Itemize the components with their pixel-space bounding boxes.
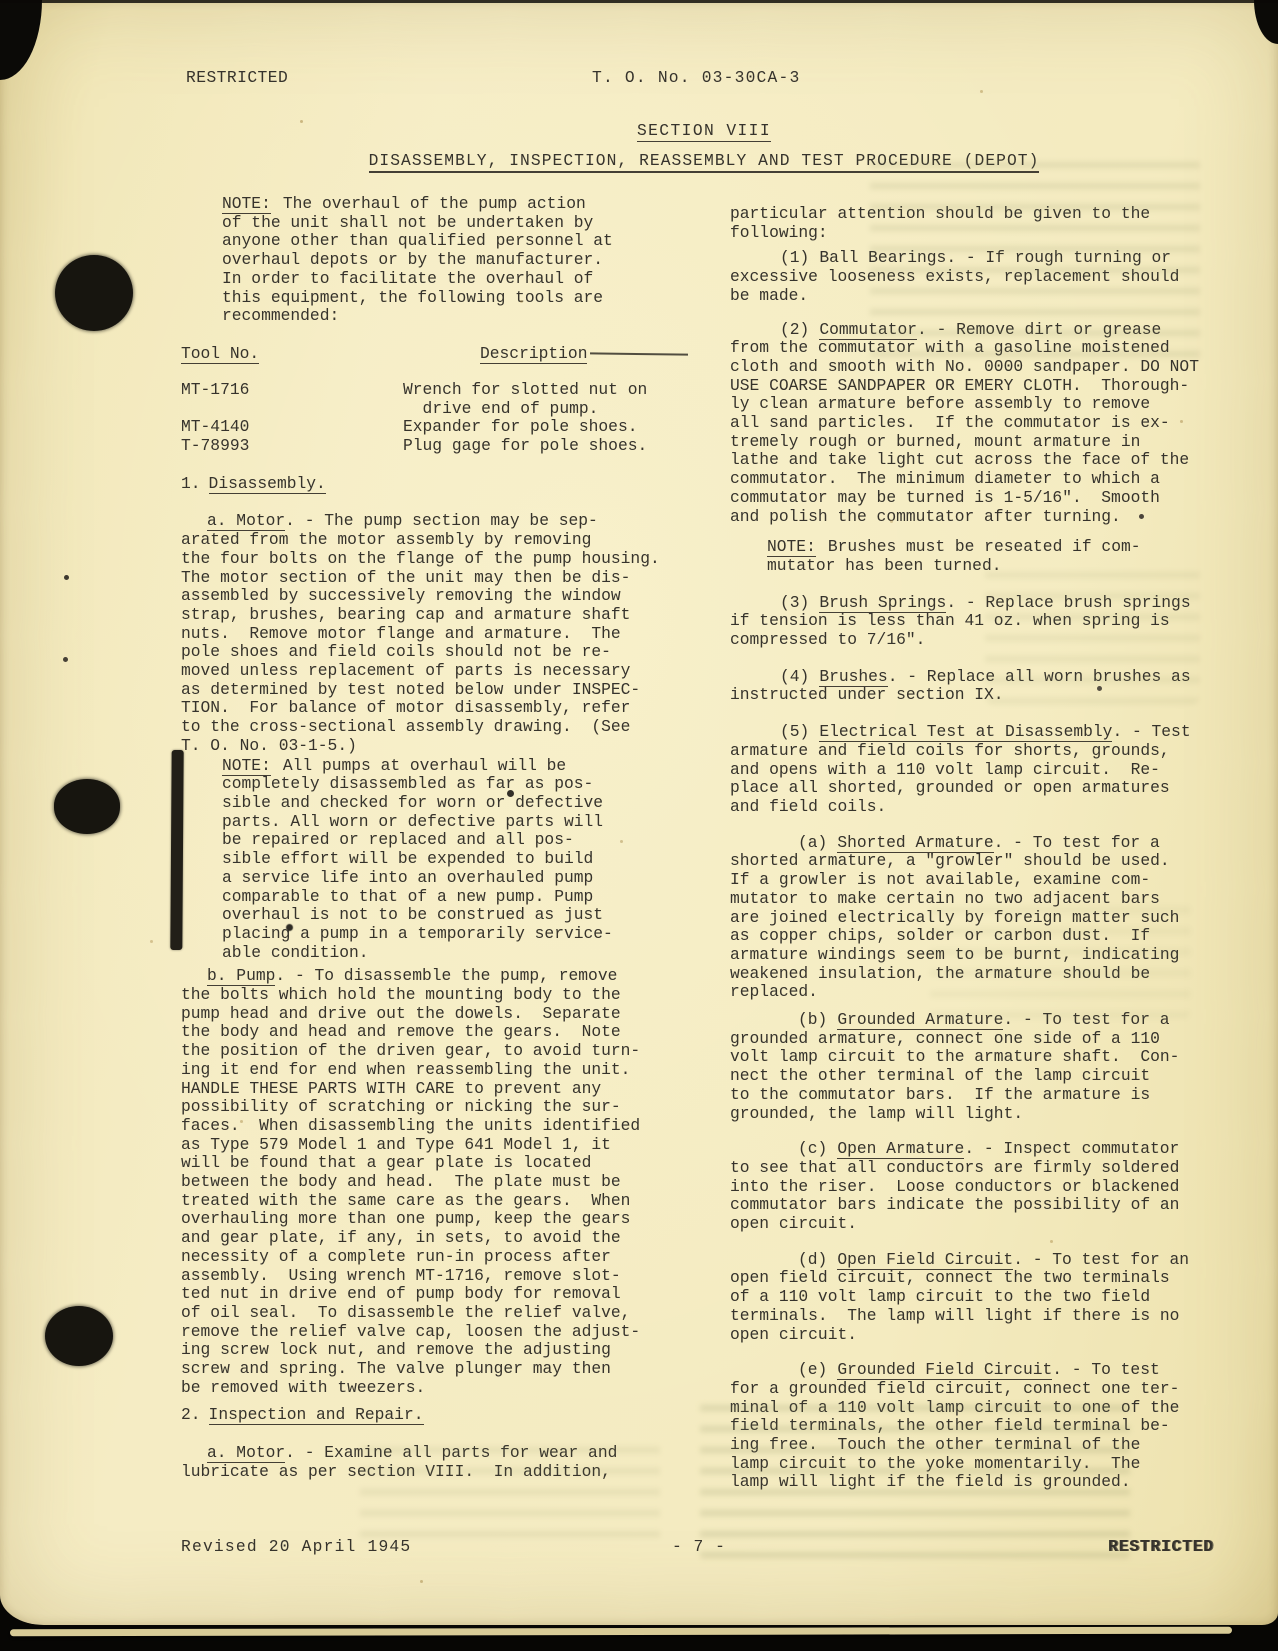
section-title-row: SECTION VIII <box>181 121 1227 140</box>
note-block-overhaul: NOTE:All pumps at overhaul will be compl… <box>222 757 673 963</box>
subitem-open-field-circuit: (d)Open Field Circuit. - To test for an … <box>730 1251 1227 1345</box>
subitem-letter: (b) <box>798 1010 827 1029</box>
scan-corner-shadow <box>1254 0 1278 44</box>
underlying-page-edge <box>10 1627 1232 1637</box>
paragraph-pump-disassembly: b. Pump. - To disassemble the pump, remo… <box>181 967 673 1397</box>
section-title: SECTION VIII <box>637 121 771 142</box>
tool-no-column-header: Tool No. <box>181 344 259 364</box>
table-row: T-78993Plug gage for pole shoes. <box>181 437 673 456</box>
item-number: (1) <box>780 248 809 267</box>
revision-change-bar <box>170 750 183 950</box>
item-number: (3) <box>780 593 809 612</box>
item-title: Brush Springs <box>819 593 946 613</box>
subitem-title: Shorted Armature <box>837 833 993 853</box>
right-column: particular attention should be given to … <box>730 205 1227 1492</box>
tool-description: Expander for pole shoes. <box>403 418 673 437</box>
ink-showthrough-smudge <box>930 900 1190 1020</box>
note-block-intro: NOTE:The overhaul of the pump action of … <box>222 195 673 326</box>
paragraph-label: b. Pump <box>207 966 275 986</box>
item-title: Brushes <box>819 667 887 687</box>
subitem-title: Grounded Field Circuit <box>837 1360 1052 1380</box>
ink-showthrough-smudge <box>985 565 1200 705</box>
tools-header-row: Tool No.Description <box>181 345 673 364</box>
note-text: All pumps at overhaul will be completely… <box>222 756 613 962</box>
subitem-open-armature: (c)Open Armature. - Inspect commutator t… <box>730 1140 1227 1234</box>
hole-punch-mark <box>45 1306 113 1366</box>
tools-table: Tool No.Description MT-1716Wrench for sl… <box>181 345 673 456</box>
header-rule <box>590 352 688 355</box>
heading-inspection-repair: 2.Inspection and Repair. <box>181 1406 673 1425</box>
heading-number: 2. <box>181 1405 201 1424</box>
heading-title: Disassembly. <box>209 474 326 494</box>
paragraph-motor-disassembly: a. Motor. - The pump section may be sep-… <box>181 512 673 755</box>
item-number: (4) <box>780 667 809 686</box>
hole-punch-mark <box>55 255 133 331</box>
tool-description: Wrench for slotted nut on drive end of p… <box>403 381 673 418</box>
header-to-number: T. O. No. 03-30CA-3 <box>592 68 800 87</box>
scan-edge <box>0 0 1278 3</box>
note-label: NOTE: <box>767 537 816 557</box>
table-row: MT-4140Expander for pole shoes. <box>181 418 673 437</box>
tool-number: T-78993 <box>181 437 403 456</box>
paragraph-label: a. Motor <box>207 1443 285 1463</box>
heading-disassembly: 1.Disassembly. <box>181 475 673 494</box>
note-label: NOTE: <box>222 194 271 214</box>
item-title: Electrical Test at Disassembly <box>819 722 1112 742</box>
note-text: The overhaul of the pump action of the u… <box>222 194 613 325</box>
paragraph-label: a. Motor <box>207 511 285 531</box>
ink-showthrough-smudge <box>870 155 1200 365</box>
ink-showthrough-smudge <box>700 1398 1130 1563</box>
scan-corner-shadow <box>0 0 42 80</box>
item-electrical-test: (5)Electrical Test at Disassembly. - Tes… <box>730 723 1227 817</box>
tool-number: MT-4140 <box>181 418 403 437</box>
subitem-title: Open Field Circuit <box>837 1250 1013 1270</box>
ink-showthrough-smudge <box>360 1440 660 1550</box>
heading-title: Inspection and Repair. <box>209 1405 424 1425</box>
subitem-letter: (e) <box>798 1360 827 1379</box>
heading-number: 1. <box>181 474 201 493</box>
paragraph-text: . - The pump section may be sep- arated … <box>181 511 660 754</box>
tool-number: MT-1716 <box>181 381 403 418</box>
tool-description: Plug gage for pole shoes. <box>403 437 673 456</box>
item-number: (5) <box>780 722 809 741</box>
subitem-title: Open Armature <box>837 1139 964 1159</box>
description-column-header: Description <box>480 344 587 364</box>
subitem-letter: (c) <box>798 1139 827 1158</box>
note-label: NOTE: <box>222 756 271 776</box>
subitem-grounded-armature: (b)Grounded Armature. - To test for a gr… <box>730 1011 1227 1123</box>
item-number: (2) <box>780 320 809 339</box>
paragraph-text: . - To disassemble the pump, remove the … <box>181 966 640 1396</box>
subitem-letter: (a) <box>798 833 827 852</box>
left-column: NOTE:The overhaul of the pump action of … <box>181 195 673 1482</box>
hole-punch-mark <box>54 779 120 834</box>
document-page: RESTRICTED T. O. No. 03-30CA-3 SECTION V… <box>0 0 1278 1625</box>
table-row: MT-1716Wrench for slotted nut on drive e… <box>181 381 673 418</box>
subitem-letter: (d) <box>798 1250 827 1269</box>
header-classification: RESTRICTED <box>186 68 288 87</box>
